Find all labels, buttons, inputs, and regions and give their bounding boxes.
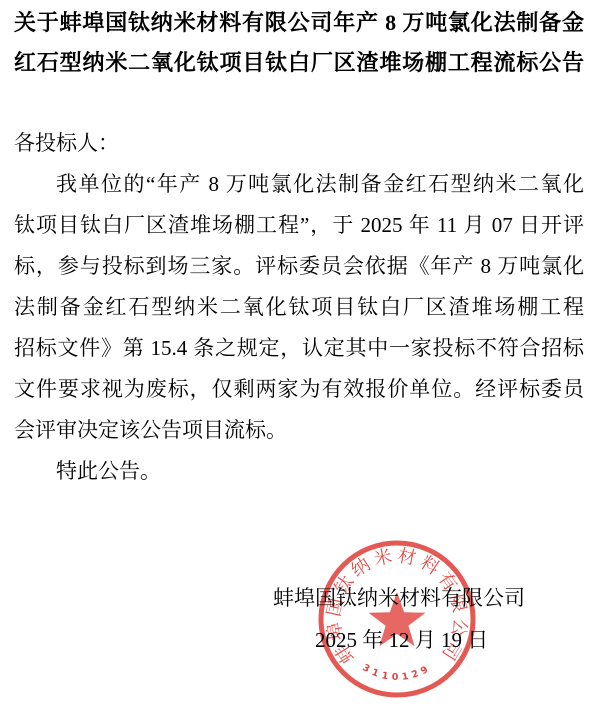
body-line-7: 会评审决定该公告项目流标。 [14,410,584,451]
body-line-4: 法制备金红石型纳米二氧化钛项目钛白厂区渣堆场棚工程 [14,287,584,328]
company-seal: 蚌埠国钛纳米材料有限公司 3403110129174 [312,534,482,704]
salutation: 各投标人： [14,123,584,164]
closing-line: 特此公告。 [14,451,584,492]
seal-star-icon [369,592,426,646]
document-title: 关于蚌埠国钛纳米材料有限公司年产 8 万吨氯化法制备金 红石型纳米二氧化钛项目钛… [14,3,584,83]
document-body: 各投标人： 我单位的“年产 8 万吨氯化法制备金红石型纳米二氧化 钛项目钛白厂区… [14,123,584,492]
body-line-5: 招标文件》第 15.4 条之规定，认定其中一家投标不符合招标 [14,328,584,369]
body-line-1: 我单位的“年产 8 万吨氯化法制备金红石型纳米二氧化 [14,164,584,205]
announcement-document: 关于蚌埠国钛纳米材料有限公司年产 8 万吨氯化法制备金 红石型纳米二氧化钛项目钛… [0,0,595,706]
title-line-1: 关于蚌埠国钛纳米材料有限公司年产 8 万吨氯化法制备金 [14,3,584,43]
title-line-2: 红石型纳米二氧化钛项目钛白厂区渣堆场棚工程流标公告 [14,43,584,83]
body-line-2: 钛项目钛白厂区渣堆场棚工程”，于 2025 年 11 月 07 日开评 [14,205,584,246]
body-line-6: 文件要求视为废标，仅剩两家为有效报价单位。经评标委员 [14,369,584,410]
body-line-3: 标，参与投标到场三家。评标委员会依据《年产 8 万吨氯化 [14,246,584,287]
